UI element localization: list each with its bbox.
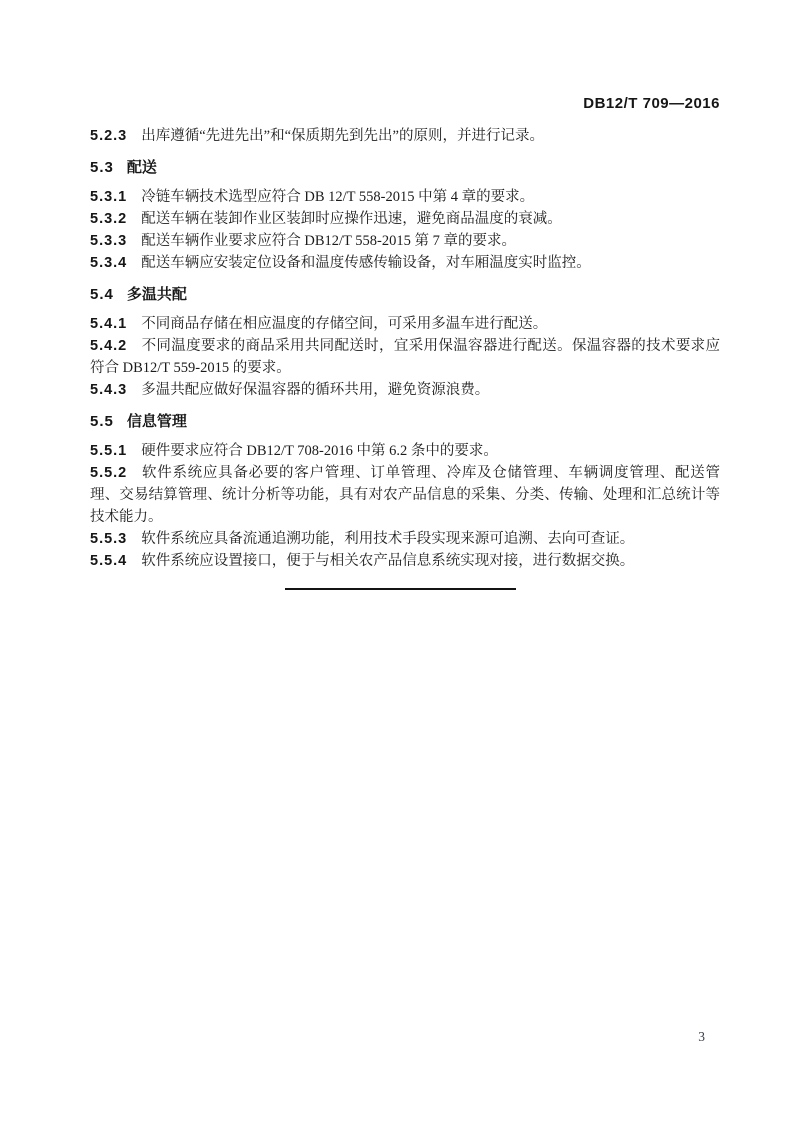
clause-5-5-3: 5.5.3软件系统应具备流通追溯功能，利用技术手段实现来源可追溯、去向可查证。 (90, 528, 720, 550)
clause-number: 5.3.2 (90, 211, 127, 227)
standard-code-header: DB12/T 709—2016 (90, 96, 720, 111)
section-heading-5-3: 5.3配送 (90, 157, 720, 179)
clause-5-5-1: 5.5.1硬件要求应符合 DB12/T 708-2016 中第 6.2 条中的要… (90, 440, 720, 462)
clause-text: 出库遵循“先进先出”和“保质期先到先出”的原则，并进行记录。 (141, 128, 544, 144)
clause-5-3-4: 5.3.4配送车辆应安装定位设备和温度传感传输设备，对车厢温度实时监控。 (90, 252, 720, 274)
heading-number: 5.4 (90, 286, 114, 303)
heading-title: 信息管理 (127, 413, 187, 430)
clause-text: 不同温度要求的商品采用共同配送时，宜采用保温容器进行配送。保温容器的技术要求应符… (90, 338, 720, 376)
clause-number: 5.4.3 (90, 382, 127, 398)
clause-number: 5.5.4 (90, 553, 127, 569)
clause-number: 5.5.1 (90, 443, 127, 459)
clause-text: 配送车辆作业要求应符合 DB12/T 558-2015 第 7 章的要求。 (141, 233, 516, 249)
document-end-rule (285, 588, 516, 590)
document-page: DB12/T 709—2016 5.2.3出库遵循“先进先出”和“保质期先到先出… (0, 0, 793, 1122)
clause-5-3-1: 5.3.1冷链车辆技术选型应符合 DB 12/T 558-2015 中第 4 章… (90, 186, 720, 208)
clause-5-2-3: 5.2.3出库遵循“先进先出”和“保质期先到先出”的原则，并进行记录。 (90, 125, 720, 147)
heading-title: 配送 (127, 159, 157, 176)
section-heading-5-4: 5.4多温共配 (90, 284, 720, 306)
clause-number: 5.3.4 (90, 255, 127, 271)
heading-number: 5.5 (90, 413, 114, 430)
clause-text: 配送车辆应安装定位设备和温度传感传输设备，对车厢温度实时监控。 (141, 255, 591, 271)
clause-text: 软件系统应具备必要的客户管理、订单管理、冷库及仓储管理、车辆调度管理、配送管理、… (90, 465, 720, 525)
clause-number: 5.4.2 (90, 338, 127, 354)
page-content: DB12/T 709—2016 5.2.3出库遵循“先进先出”和“保质期先到先出… (0, 96, 793, 572)
clause-number: 5.5.2 (90, 465, 127, 481)
clause-5-4-2: 5.4.2不同温度要求的商品采用共同配送时，宜采用保温容器进行配送。保温容器的技… (90, 335, 720, 379)
clause-5-5-4: 5.5.4软件系统应设置接口，便于与相关农产品信息系统实现对接，进行数据交换。 (90, 550, 720, 572)
clause-text: 配送车辆在装卸作业区装卸时应操作迅速，避免商品温度的衰减。 (141, 211, 562, 227)
clause-text: 软件系统应具备流通追溯功能，利用技术手段实现来源可追溯、去向可查证。 (141, 531, 634, 547)
clause-text: 软件系统应设置接口，便于与相关农产品信息系统实现对接，进行数据交换。 (141, 553, 634, 569)
heading-number: 5.3 (90, 159, 114, 176)
clause-number: 5.4.1 (90, 316, 127, 332)
clause-5-3-3: 5.3.3配送车辆作业要求应符合 DB12/T 558-2015 第 7 章的要… (90, 230, 720, 252)
clause-number: 5.3.1 (90, 189, 127, 205)
clause-5-4-3: 5.4.3多温共配应做好保温容器的循环共用，避免资源浪费。 (90, 379, 720, 401)
clause-5-3-2: 5.3.2配送车辆在装卸作业区装卸时应操作迅速，避免商品温度的衰减。 (90, 208, 720, 230)
clause-number: 5.3.3 (90, 233, 127, 249)
clause-number: 5.5.3 (90, 531, 127, 547)
clause-5-5-2: 5.5.2软件系统应具备必要的客户管理、订单管理、冷库及仓储管理、车辆调度管理、… (90, 462, 720, 528)
clause-text: 多温共配应做好保温容器的循环共用，避免资源浪费。 (141, 382, 489, 398)
clause-text: 不同商品存储在相应温度的存储空间，可采用多温车进行配送。 (141, 316, 547, 332)
clause-number: 5.2.3 (90, 128, 127, 144)
clause-text: 硬件要求应符合 DB12/T 708-2016 中第 6.2 条中的要求。 (141, 443, 498, 459)
clause-5-4-1: 5.4.1不同商品存储在相应温度的存储空间，可采用多温车进行配送。 (90, 313, 720, 335)
heading-title: 多温共配 (127, 286, 187, 303)
page-number: 3 (698, 1029, 705, 1044)
clause-text: 冷链车辆技术选型应符合 DB 12/T 558-2015 中第 4 章的要求。 (141, 189, 534, 205)
section-heading-5-5: 5.5信息管理 (90, 411, 720, 433)
